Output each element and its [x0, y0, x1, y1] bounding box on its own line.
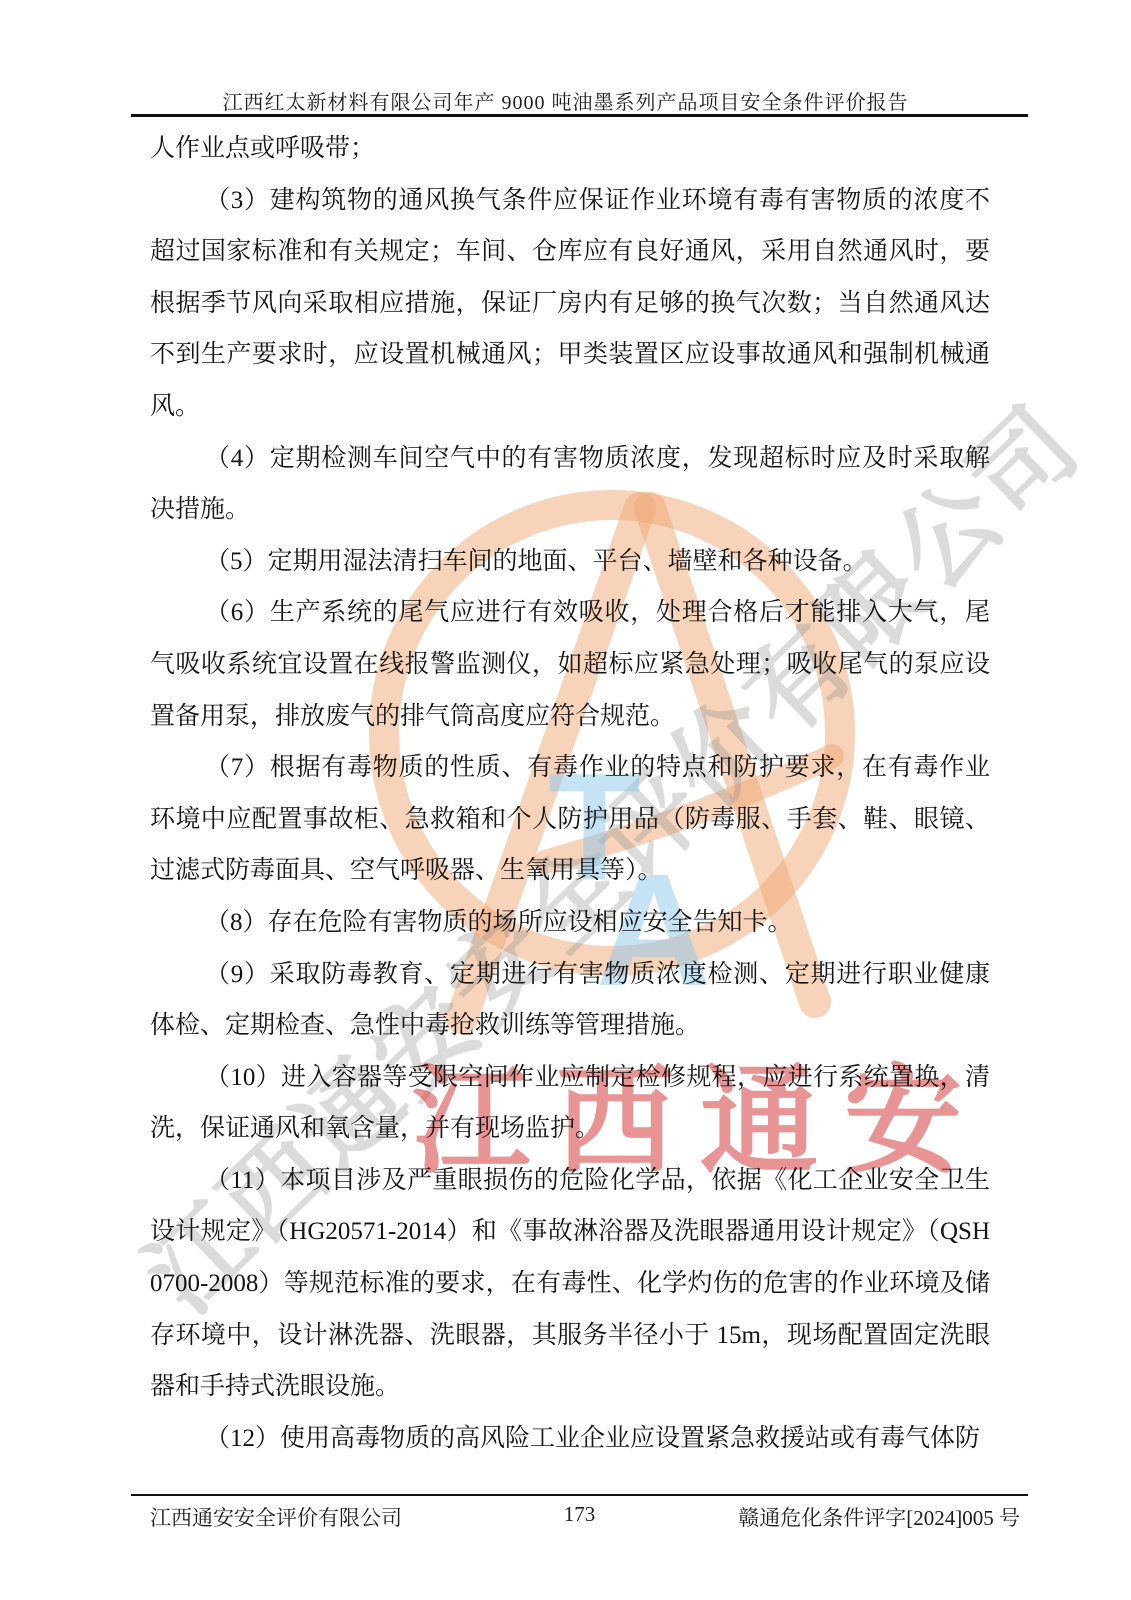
paragraph: （8）存在危险有害物质的场所应设相应安全告知卡。: [150, 897, 990, 949]
footer-doc-number: 赣通危化条件评字[2024]005 号: [738, 1502, 1020, 1532]
header-title: 江西红太新材料有限公司年产 9000 吨油墨系列产品项目安全条件评价报告: [0, 86, 1131, 115]
paragraph: （3）建构筑物的通风换气条件应保证作业环境有毒有害物质的浓度不超过国家标准和有关…: [150, 175, 990, 433]
paragraph: 人作业点或呼吸带；: [150, 123, 990, 175]
body-text: 人作业点或呼吸带；（3）建构筑物的通风换气条件应保证作业环境有毒有害物质的浓度不…: [150, 123, 990, 1464]
paragraph: （4）定期检测车间空气中的有害物质浓度，发现超标时应及时采取解决措施。: [150, 433, 990, 536]
footer: 江西通安安全评价有限公司 173 赣通危化条件评字[2024]005 号: [131, 1502, 1028, 1532]
paragraph: （5）定期用湿法清扫车间的地面、平台、墙壁和各种设备。: [150, 536, 990, 588]
paragraph: （12）使用高毒物质的高风险工业企业应设置紧急救援站或有毒气体防: [150, 1413, 990, 1465]
page-content: 江西红太新材料有限公司年产 9000 吨油墨系列产品项目安全条件评价报告 人作业…: [0, 0, 1131, 1600]
paragraph: （7）根据有毒物质的性质、有毒作业的特点和防护要求，在有毒作业环境中应配置事故柜…: [150, 742, 990, 897]
paragraph: （6）生产系统的尾气应进行有效吸收，处理合格后才能排入大气，尾气吸收系统宜设置在…: [150, 587, 990, 742]
paragraph: （11）本项目涉及严重眼损伤的危险化学品，依据《化工企业安全卫生设计规定》（HG…: [150, 1155, 990, 1413]
footer-rule: [131, 1494, 1028, 1496]
header-rule: [131, 114, 1028, 117]
paragraph: （10）进入容器等受限空间作业应制定检修规程，应进行系统置换，清洗，保证通风和氧…: [150, 1052, 990, 1155]
paragraph: （9）采取防毒教育、定期进行有害物质浓度检测、定期进行职业健康体检、定期检查、急…: [150, 949, 990, 1052]
document-page: 江西通安安全评价有限公司 T A 江西通安 江西红太新材料有限公司年产 9000…: [0, 0, 1131, 1600]
